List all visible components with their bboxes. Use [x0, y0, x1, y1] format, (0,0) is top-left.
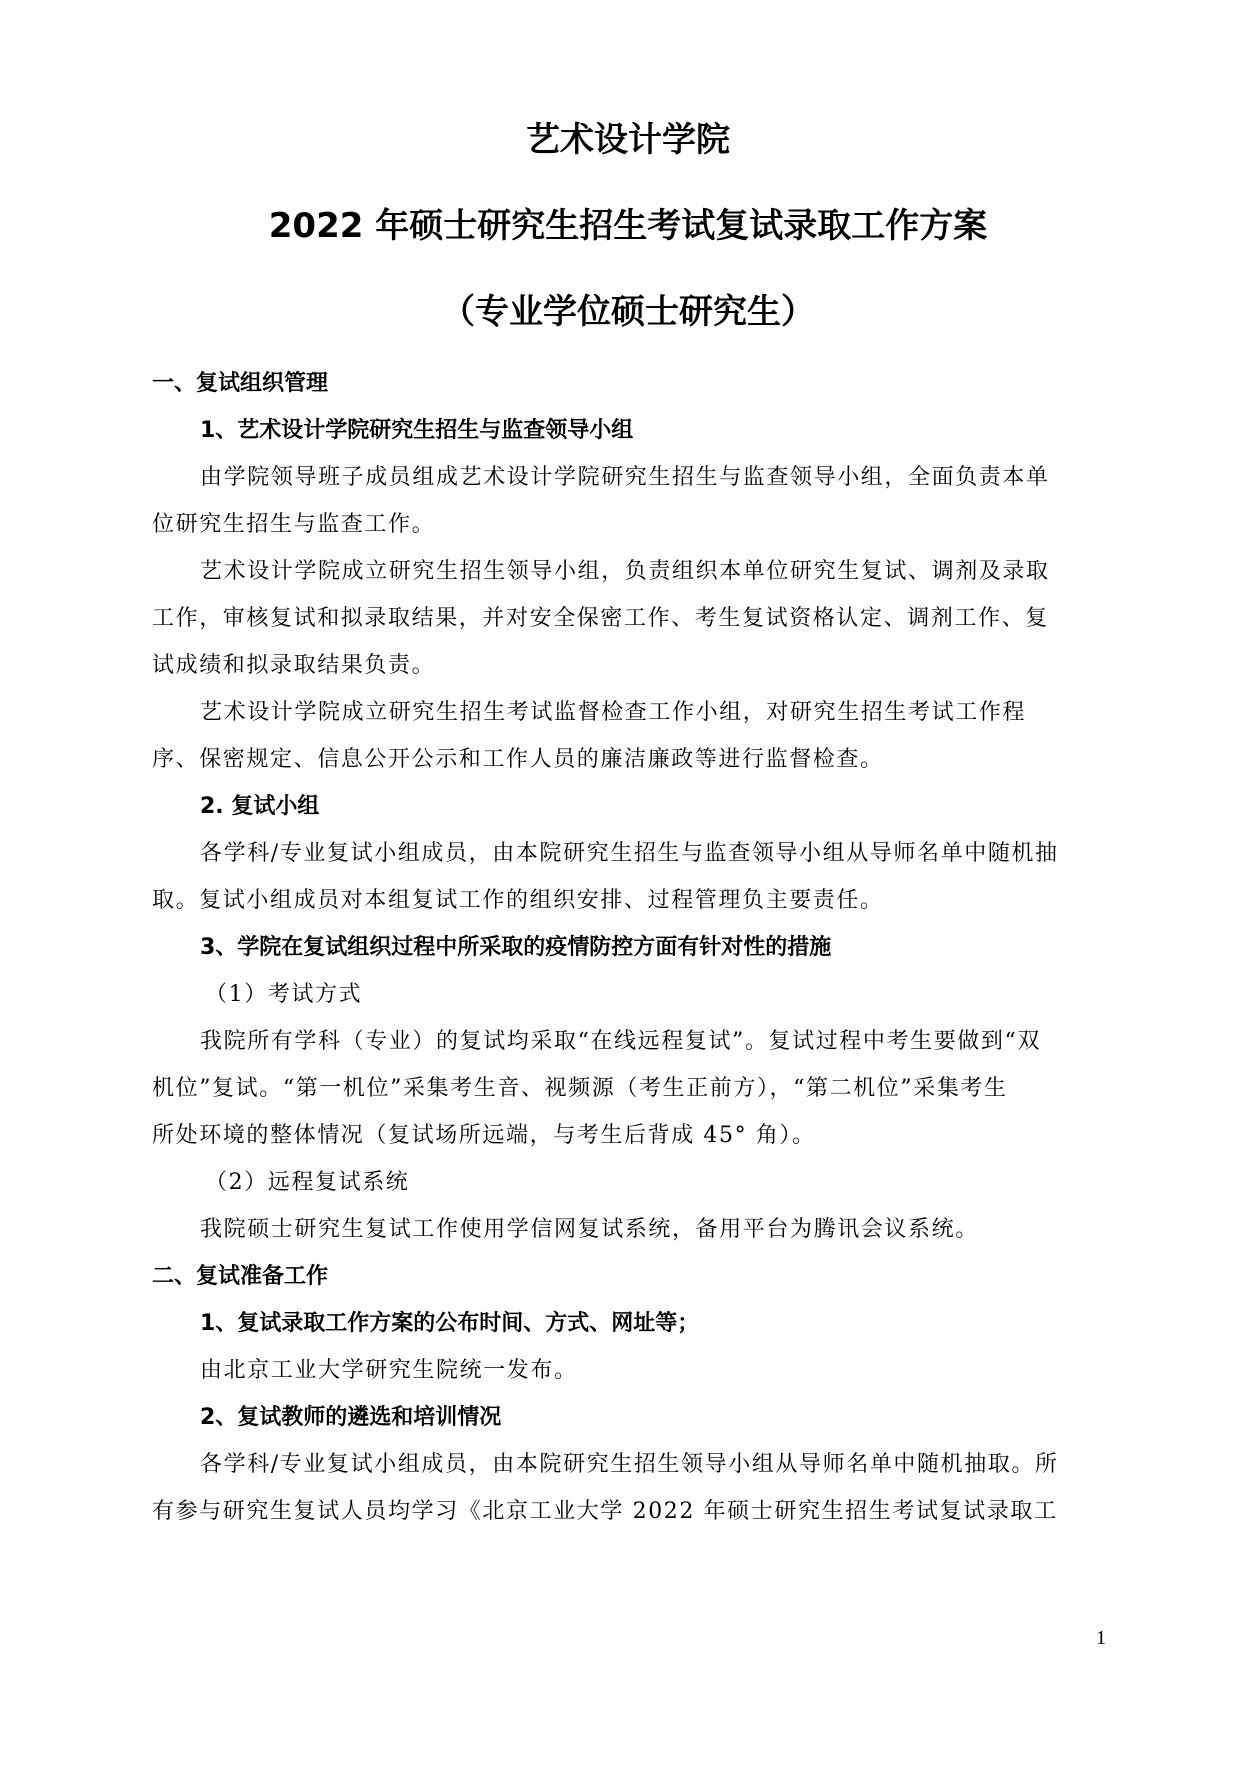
subsection-heading: 2. 复试小组 — [200, 789, 319, 820]
page-number: 1 — [1096, 1627, 1106, 1650]
section-heading: 二、复试准备工作 — [152, 1259, 328, 1290]
paragraph-line: 艺术设计学院成立研究生招生考试监督检查工作小组，对研究生招生考试工作程 — [200, 695, 1026, 726]
document-title-subtitle: （专业学位硕士研究生） — [0, 284, 1256, 333]
paragraph-line: 工作，审核复试和拟录取结果，并对安全保密工作、考生复试资格认定、调剂工作、复 — [152, 601, 1049, 632]
paragraph-line: 我院硕士研究生复试工作使用学信网复试系统，备用平台为腾讯会议系统。 — [200, 1212, 979, 1243]
paragraph-line: 由学院领导班子成员组成艺术设计学院研究生招生与监查领导小组，全面负责本单 — [200, 460, 1050, 491]
paragraph-line: 各学科/专业复试小组成员，由本院研究生招生领导小组从导师名单中随机抽取。所 — [200, 1447, 1059, 1478]
subsection-heading: 2、复试教师的遴选和培训情况 — [200, 1400, 501, 1431]
paragraph-line: 有参与研究生复试人员均学习《北京工业大学 2022 年硕士研究生招生考试复试录取… — [152, 1494, 1058, 1525]
paragraph-line: 机位”复试。“第一机位”采集考生音、视频源（考生正前方），“第二机位”采集考生 — [152, 1071, 1008, 1102]
subsection-heading: 1、复试录取工作方案的公布时间、方式、网址等； — [200, 1306, 699, 1337]
section-heading: 一、复试组织管理 — [152, 366, 328, 397]
subsection-heading: 1、艺术设计学院研究生招生与监查领导小组 — [200, 413, 633, 444]
paragraph-line: 序、保密规定、信息公开公示和工作人员的廉洁廉政等进行监督检查。 — [152, 742, 884, 773]
document-title-college: 艺术设计学院 — [0, 112, 1256, 161]
document-page: 艺术设计学院 2022 年硕士研究生招生考试复试录取工作方案 （专业学位硕士研究… — [0, 0, 1256, 1777]
subsection-heading: 3、学院在复试组织过程中所采取的疫情防控方面有针对性的措施 — [200, 930, 831, 961]
item-label: （1）考试方式 — [205, 977, 362, 1008]
paragraph-line: 我院所有学科（专业）的复试均采取“在线远程复试”。复试过程中考生要做到“双 — [200, 1024, 1041, 1055]
item-label: （2）远程复试系统 — [205, 1165, 409, 1196]
paragraph-line: 由北京工业大学研究生院统一发布。 — [200, 1353, 578, 1384]
paragraph-line: 试成绩和拟录取结果负责。 — [152, 648, 435, 679]
paragraph-line: 位研究生招生与监查工作。 — [152, 507, 435, 538]
paragraph-line: 各学科/专业复试小组成员，由本院研究生招生与监查领导小组从导师名单中随机抽 — [200, 836, 1059, 867]
document-title-main: 2022 年硕士研究生招生考试复试录取工作方案 — [0, 198, 1256, 247]
paragraph-line: 所处环境的整体情况（复试场所远端，与考生后背成 45° 角）。 — [152, 1118, 816, 1149]
paragraph-line: 取。复试小组成员对本组复试工作的组织安排、过程管理负主要责任。 — [152, 883, 884, 914]
paragraph-line: 艺术设计学院成立研究生招生领导小组，负责组织本单位研究生复试、调剂及录取 — [200, 554, 1050, 585]
